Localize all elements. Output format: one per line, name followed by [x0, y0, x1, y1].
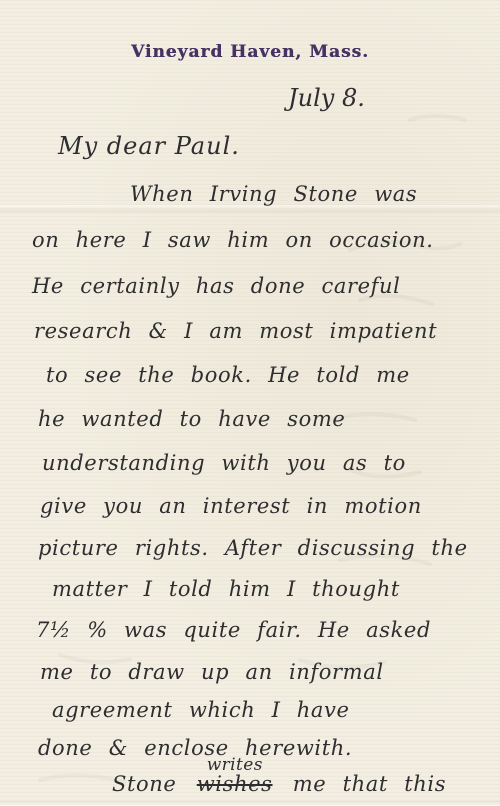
body-line: to see the book. He told me [46, 363, 410, 387]
body-line: He certainly has done careful [32, 274, 400, 298]
scan-bottom-edge [0, 801, 500, 806]
body-line: me to draw up an informal [40, 660, 384, 684]
body-line: done & enclose herewith. [38, 736, 352, 760]
body-line: agreement which I have [52, 698, 350, 722]
body-line-with-correction: Stone writes wishes me that this [112, 772, 446, 796]
body-line: on here I saw him on occasion. [32, 228, 434, 252]
body-line: research & I am most impatient [34, 319, 437, 343]
body-line: picture rights. After discussing the [38, 536, 468, 560]
body-line: 7½ % was quite fair. He asked [36, 618, 431, 642]
correction-prefix: Stone [112, 772, 176, 796]
inserted-word: writes [207, 755, 263, 775]
body-line: he wanted to have some [38, 407, 345, 431]
correction-suffix: me that this [293, 772, 446, 796]
struck-out-word: wishes [197, 772, 273, 796]
body-line: matter I told him I thought [52, 577, 400, 601]
fold-crease [0, 205, 500, 214]
correction-stack: writes wishes [197, 772, 273, 796]
paper-texture [0, 0, 500, 806]
date-line: July 8. [288, 84, 365, 112]
ink-showthrough-marks [0, 0, 500, 806]
body-line: understanding with you as to [42, 451, 406, 475]
salutation: My dear Paul. [58, 132, 240, 160]
body-line: give you an interest in motion [40, 494, 422, 518]
handwritten-letter-scan: Vineyard Haven, Mass. July 8. My dear Pa… [0, 0, 500, 806]
body-line: When Irving Stone was [130, 182, 417, 206]
letterhead-text: Vineyard Haven, Mass. [0, 42, 500, 62]
